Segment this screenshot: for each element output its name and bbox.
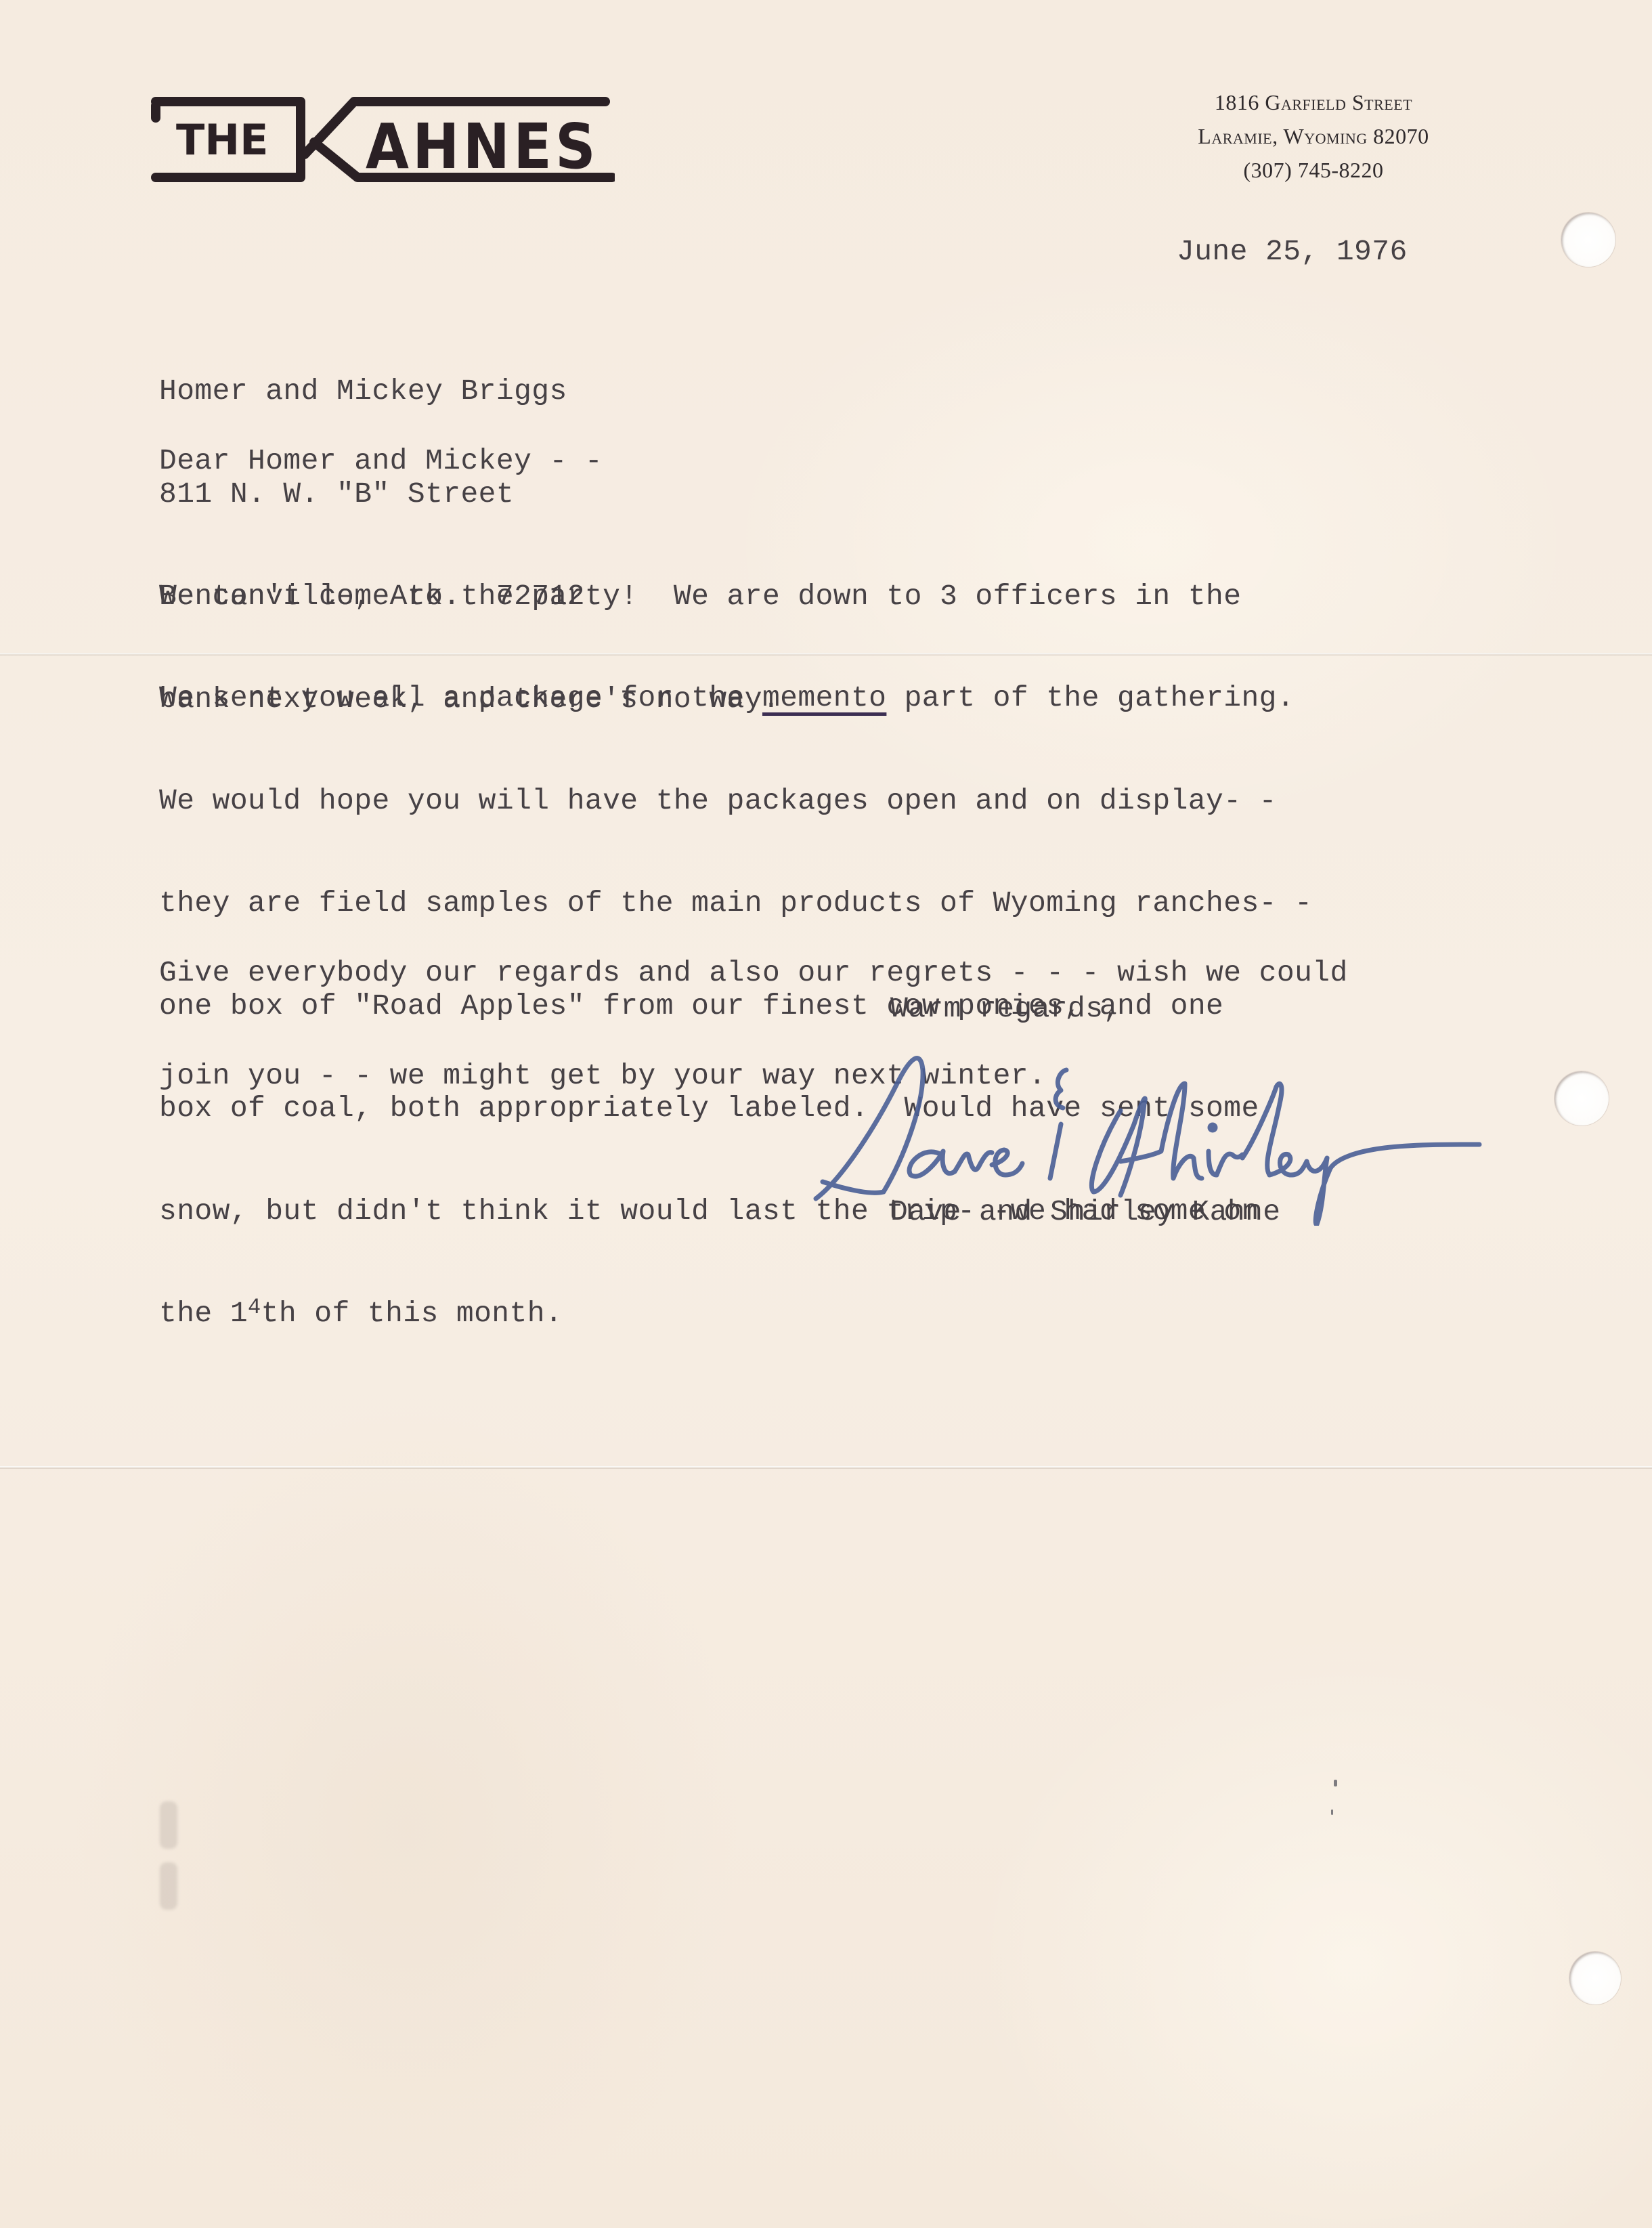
recipient-name: Homer and Mickey Briggs: [159, 374, 585, 409]
paper-speck: [1334, 1780, 1337, 1786]
letter-date: June 25, 1976: [1177, 235, 1408, 270]
text-run: We sent you all a package for the: [159, 681, 762, 714]
address-phone: (307) 745-8220: [1151, 153, 1476, 187]
paragraph-line: We sent you all a package for the mement…: [159, 681, 1312, 716]
paragraph-line: We would hope you will have the packages…: [159, 784, 1312, 819]
paper-smudge: [160, 1862, 177, 1910]
text-run: part of the gathering.: [886, 681, 1295, 714]
address-street: 1816 Garfield Street: [1151, 85, 1476, 119]
paper-fold-line: [0, 1466, 1652, 1469]
letterhead-address: 1816 Garfield Street Laramie, Wyoming 82…: [1151, 85, 1476, 187]
closing: Warm regards,: [890, 992, 1121, 1027]
text-run: the 1: [159, 1297, 248, 1330]
logo-graphic: THE AHNES: [148, 88, 615, 191]
recipient-street: 811 N. W. "B" Street: [159, 477, 585, 512]
salutation: Dear Homer and Mickey - -: [159, 444, 603, 479]
paper-speck: [1331, 1809, 1333, 1815]
typed-signature-name: Dave and Shirley Kahne: [890, 1195, 1281, 1230]
raised-digit: 4: [248, 1295, 261, 1320]
paper-fold-line: [0, 653, 1652, 656]
paragraph-line: Give everybody our regards and also our …: [159, 956, 1348, 991]
address-city: Laramie, Wyoming 82070: [1151, 119, 1476, 153]
logo-the: THE: [176, 115, 269, 165]
paragraph-line: the 14th of this month.: [159, 1297, 1312, 1331]
paper-smudge: [160, 1801, 177, 1849]
logo-kahnes: AHNES: [366, 110, 599, 183]
punch-hole: [1555, 1071, 1609, 1126]
kahnes-logo: THE AHNES: [148, 88, 615, 191]
punch-hole: [1569, 1952, 1621, 2005]
punch-hole: [1561, 213, 1615, 267]
underlined-word-memento: memento: [762, 681, 886, 714]
paragraph-line: We can't come to the party! We are down …: [159, 580, 1241, 614]
text-run: th of this month.: [261, 1297, 563, 1330]
